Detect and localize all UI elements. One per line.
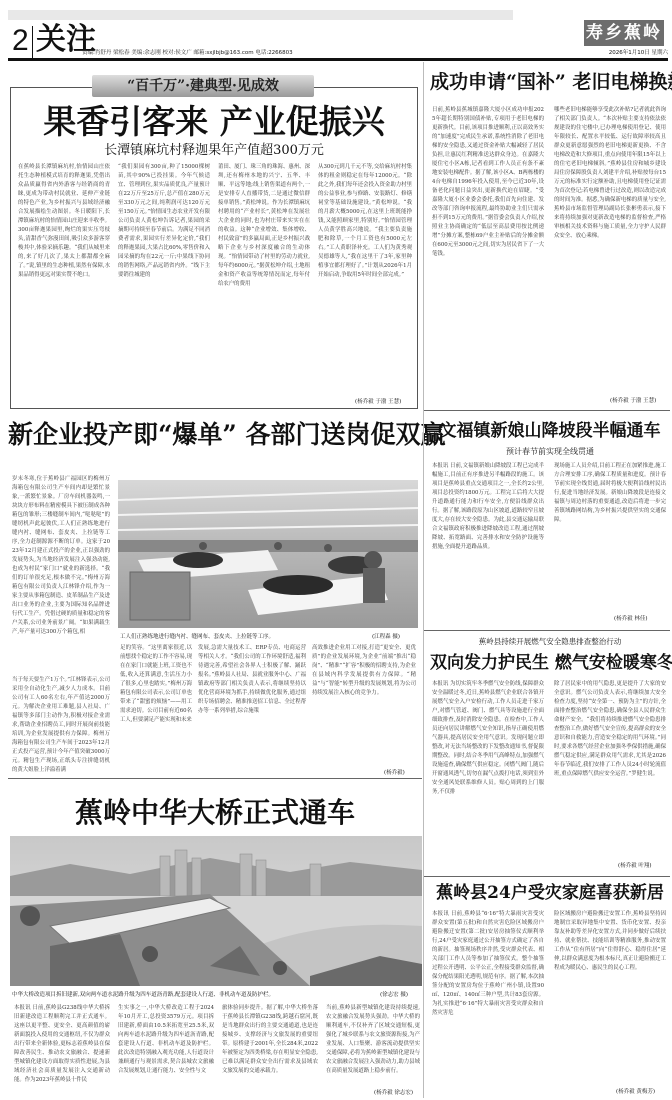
divider [424, 410, 670, 411]
article-column: 在蕉岭县长潭镇麻坑村,怡情园山庄依托生态种植模式培育的释迦果,凭借出众品质赢得省… [18, 163, 110, 403]
photo-credit: (江程森 摄) [372, 632, 400, 640]
article-kicker: 蕉岭县持续开展燃气安全隐患排查整治行动 [430, 636, 670, 648]
article-column: 险区域搬房户避险搬迁安置工作,蕉岭县坚持因地制宜采取异地集中安置、货币化安置、投… [554, 910, 666, 1086]
article-byline: (杨乔毅 林佳) [614, 614, 648, 622]
article-headline[interactable]: 蕉岭中华大桥正式通车 [8, 794, 422, 832]
article-byline: (杨乔毅 于渤 王慧) [610, 396, 656, 404]
article-kicker: “百千万”·建典型·见成效 [92, 75, 314, 97]
photo-caption: 工人们正熟练地进行缝内衬、缝网布、套皮夹、上拉链等工序。 [120, 632, 274, 640]
article-column: 足的笑容。“这里离家很近,以前想找个稳定的工作不容易,现在在家门口就能上班,工资… [120, 644, 192, 774]
article-subheadline: 预计春节前实现全线贯通 [430, 446, 670, 458]
article-column: 现场施工人员介绍,目前工程正在加紧推进,施工方合理安排工序,确保工程质量和进度。… [554, 462, 666, 614]
article-column: 莆田、厦门、珠三角的珠海、惠州、深圳,还有梅州本地的兴宁、五华、丰顺、平远等地;… [218, 163, 310, 403]
article-headline[interactable]: 蕉岭县24户受灾家庭喜获新居 [430, 880, 670, 906]
article-column: 日前,蕉岭县蕉城镇嘉隆大厦小区成功申报2025年超长期特别国债补贴,专项用于老旧… [432, 106, 544, 404]
article-column: 除了居民家中的用气隐患,更是提升了大家的安全意识。燃气公司负责人表示,将继续加大… [554, 680, 666, 860]
article-column: 旅体验同步提升。据了解,中华大桥坐落于蕉岭县长潭镇G238线,跨越石窟河,既是当… [222, 1004, 318, 1096]
article-headline[interactable]: 新企业投产即“爆单” 各部门送岗促双赢 [8, 418, 422, 452]
article-column: 哪些老旧电梯能够享受此次补贴?记者就此咨询了相关部门负责人。“本次补贴主要支持依… [554, 106, 666, 396]
article-column: 高效推进企业用工对接,打造“更安全、更优质”的企业发展环境,为企业“前端”推出“… [312, 644, 416, 768]
article-headline[interactable]: 双向发力护民生 燃气安检暖寒冬 [430, 650, 670, 676]
divider [424, 876, 670, 877]
article-column: 本报讯 日前,文福镇新娘山降坡段工程已完成半幅施工,目前正有序推进另半幅路段的施… [432, 462, 544, 622]
issue-date: 2026年1月10日 星期六 [584, 48, 668, 56]
bridge-photo [10, 836, 422, 986]
article-column: 本报讯 日前,蕉岭县“6·16”特大暴雨灾害受灾群众安置(第五批)和自然灾害危险… [432, 910, 544, 1096]
article-column: 当于每天要生产1万个。”江林锋表示,公司采用全自动化生产,减少人力成本。目前公司… [12, 676, 110, 774]
article-column: 发展,急需大量技术工、ERP专员、电商运营等相关人才。“我们公司的工作环境舒适,… [198, 644, 306, 774]
article-byline: (杨乔毅 徐志宏) [374, 1088, 413, 1096]
top-bar [8, 10, 513, 20]
header-rule [8, 58, 668, 61]
photo-caption: 中华大桥改造项目拆旧建新,双向两车道水泥路升级为四车道沥青路,配套建设人行道、非… [12, 990, 274, 998]
article-column: 岁末冬寒,位于蕉岭县广福园区的梅州万海箱包有限公司生产车间内却是繁忙景象,一派繁… [12, 475, 110, 673]
divider [424, 630, 670, 631]
photo-credit: (徐志宏 摄) [380, 990, 408, 998]
factory-photo [118, 480, 418, 628]
newspaper-logo: 寿乡蕉岭 [584, 20, 664, 46]
page-number: 2 [12, 24, 29, 58]
divider [8, 778, 422, 779]
article-column: 本报讯 日前,蕉岭县G238线中华大桥拆旧新建改造工程顺利完工并正式通车。这座以… [14, 1004, 110, 1096]
article-headline[interactable]: 果香引客来 产业促振兴 [10, 100, 418, 144]
editor-credits: 责编:肖舒丹 梁松春 美编:余志刚 校对:侯文广 邮箱:sxjlbjb@163.… [82, 48, 293, 56]
column-divider [423, 62, 424, 1098]
article-column: 从300元到几千元不等,交给麻坑村村集体的租金则稳定在每年12000元。“除此之… [318, 163, 412, 395]
masthead: 2 关注 责编:肖舒丹 梁松春 美编:余志刚 校对:侯文广 邮箱:sxjlbjb… [0, 20, 672, 60]
article-headline[interactable]: 成功申请“国补” 老旧电梯换新 [430, 68, 670, 96]
article-column: “我们果园有300亩,种了15000棵树苗,其中90%已投挂果。今年气候适宜、管… [118, 163, 210, 403]
article-subheadline: 长潭镇麻坑村释迦果年产值超300万元 [10, 142, 418, 160]
article-column: 生实事之一,中华大桥改造工程于2024年10月开工,总投资3579万元。项目拆旧… [118, 1004, 214, 1096]
article-column: 当前,蕉岭县新型城镇化建设持续提速,农文旅融合发展势头强劲。中华大桥的顺利通车,… [326, 1004, 420, 1088]
article-column: 本报讯 为切实筑牢冬季燃气安全防线,保障群众安全温暖过冬,近日,蕉岭县燃气企业联… [432, 680, 544, 870]
article-byline: (杨乔毅 于渤 王慧) [355, 397, 401, 405]
divider [32, 26, 33, 58]
article-byline: (杨乔毅) [384, 768, 405, 776]
article-headline[interactable]: 文福镇新娘山降坡段半幅通车 [430, 418, 670, 444]
article-byline: (杨乔毅 叶翔) [618, 861, 652, 869]
article-byline: (杨乔毅 黄梅芳) [616, 1087, 655, 1095]
